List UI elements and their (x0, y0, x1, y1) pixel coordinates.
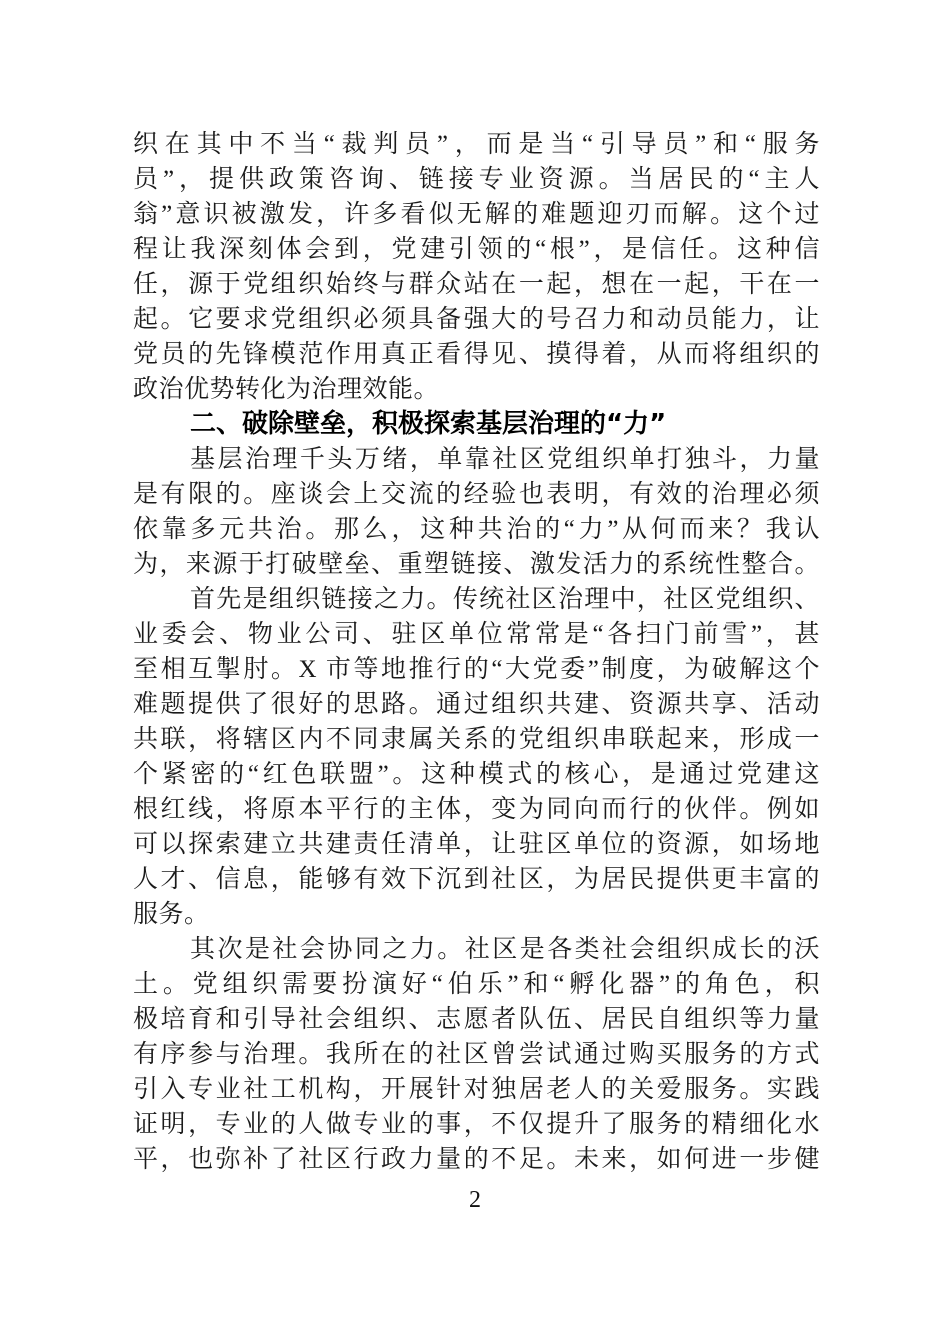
document-page: { "colors": { "background": "#ffffff", "… (0, 0, 950, 1344)
text-line: 织在其中不当“裁判员”，而是当“引导员”和“服务 (133, 127, 820, 162)
text-column: 织在其中不当“裁判员”，而是当“引导员”和“服务 员”，提供政策咨询、链接专业资… (133, 127, 820, 1177)
text-line: 个紧密的“红色联盟”。这种模式的核心，是通过党建这 (133, 757, 820, 792)
text-line: 证明，专业的人做专业的事，不仅提升了服务的精细化水 (133, 1107, 820, 1142)
text-line: 业委会、物业公司、驻区单位常常是“各扫门前雪”，甚 (133, 617, 820, 652)
text-line: 极培育和引导社会组织、志愿者队伍、居民自组织等力量 (133, 1002, 820, 1037)
text-line: 平，也弥补了社区行政力量的不足。未来，如何进一步健 (133, 1142, 820, 1177)
section-heading: 二、破除壁垒，积极探索基层治理的“力” (133, 407, 820, 442)
text-line: 程让我深刻体会到，党建引领的“根”，是信任。这种信 (133, 232, 820, 267)
paragraph-start-line: 基层治理千头万绪，单靠社区党组织单打独斗，力量 (133, 442, 820, 477)
text-line: 人才、信息，能够有效下沉到社区，为居民提供更丰富的 (133, 862, 820, 897)
text-line: 起。它要求党组织必须具备强大的号召力和动员能力，让 (133, 302, 820, 337)
text-line: 可以探索建立共建责任清单，让驻区单位的资源，如场地 (133, 827, 820, 862)
text-line: 党员的先锋模范作用真正看得见、摸得着，从而将组织的 (133, 337, 820, 372)
paragraph-end-line: 服务。 (133, 897, 820, 932)
text-line: 是有限的。座谈会上交流的经验也表明，有效的治理必须 (133, 477, 820, 512)
paragraph-start-line: 首先是组织链接之力。传统社区治理中，社区党组织、 (133, 582, 820, 617)
text-line: 共联，将辖区内不同隶属关系的党组织串联起来，形成一 (133, 722, 820, 757)
text-line: 员”，提供政策咨询、链接专业资源。当居民的“主人 (133, 162, 820, 197)
paragraph-end-line: 为，来源于打破壁垒、重塑链接、激发活力的系统性整合。 (133, 547, 820, 582)
paragraph-start-line: 其次是社会协同之力。社区是各类社会组织成长的沃 (133, 932, 820, 967)
text-line: 引入专业社工机构，开展针对独居老人的关爱服务。实践 (133, 1072, 820, 1107)
page-number: 2 (0, 1186, 950, 1214)
text-line: 根红线，将原本平行的主体，变为同向而行的伙伴。例如 (133, 792, 820, 827)
text-line: 土。党组织需要扮演好“伯乐”和“孵化器”的角色，积 (133, 967, 820, 1002)
text-line: 翁”意识被激发，许多看似无解的难题迎刃而解。这个过 (133, 197, 820, 232)
text-line: 至相互掣肘。X 市等地推行的“大党委”制度，为破解这个 (133, 652, 820, 687)
paragraph-end-line: 政治优势转化为治理效能。 (133, 372, 820, 407)
text-line: 有序参与治理。我所在的社区曾尝试通过购买服务的方式 (133, 1037, 820, 1072)
text-line: 依靠多元共治。那么，这种共治的“力”从何而来？我认 (133, 512, 820, 547)
text-line: 难题提供了很好的思路。通过组织共建、资源共享、活动 (133, 687, 820, 722)
text-line: 任，源于党组织始终与群众站在一起，想在一起，干在一 (133, 267, 820, 302)
